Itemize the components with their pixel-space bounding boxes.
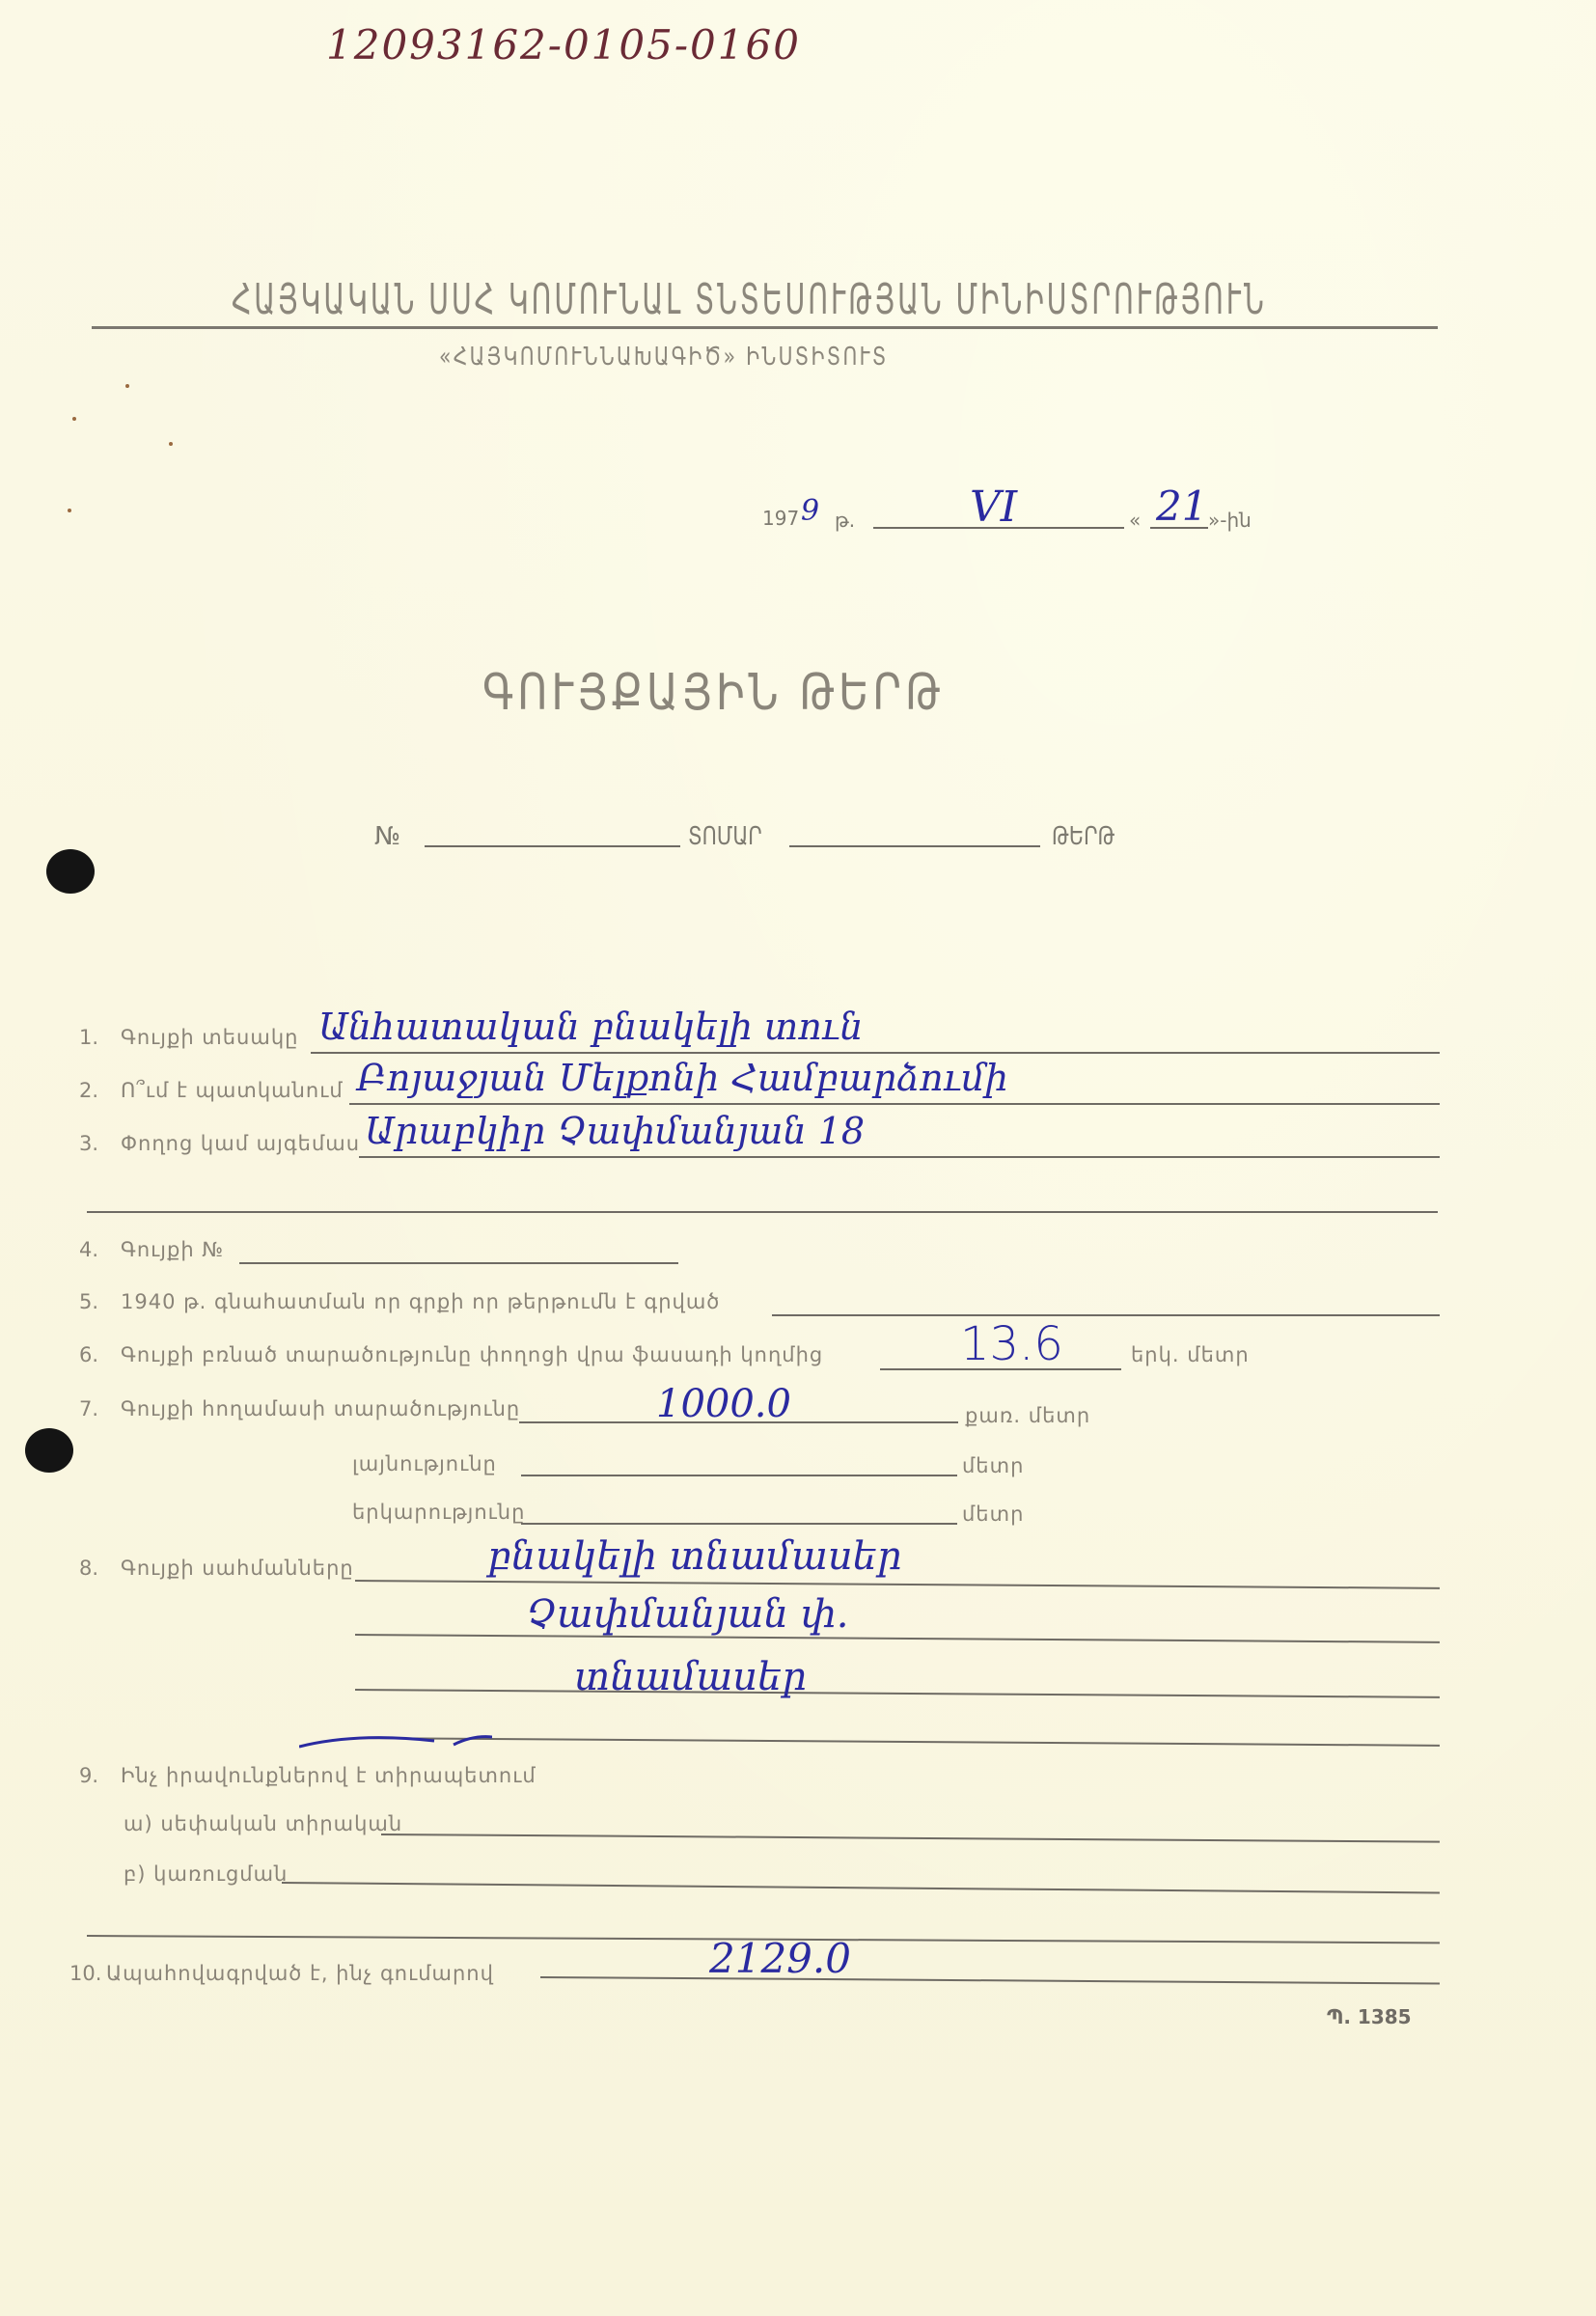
field-label: 1940 թ. գնահատման որ գրքի որ թերթումն է …	[121, 1290, 720, 1313]
field-label: Ինչ իրավունքներով է տիրապետում	[121, 1764, 537, 1787]
field-label: Գույքի սահմանները	[121, 1557, 354, 1580]
field-label: ա) սեփական տիրական	[124, 1812, 402, 1835]
field-label: Ո՞ւմ է պատկանում	[121, 1079, 344, 1102]
field-label: Գույքի տեսակը	[121, 1026, 298, 1049]
archive-reference: 12093162-0105-0160	[326, 21, 801, 69]
paper-speck	[169, 442, 173, 446]
width-field[interactable]	[521, 1475, 957, 1476]
field-label: բ) կառուցման	[124, 1862, 288, 1886]
field-label: լայնությունը	[352, 1452, 497, 1475]
number-label: №	[374, 822, 400, 851]
length-unit: մետր	[962, 1503, 1024, 1526]
property-number-field[interactable]	[239, 1262, 678, 1264]
number-field[interactable]	[425, 845, 680, 847]
header-rule	[92, 326, 1438, 329]
frontage-value: 13.6	[960, 1317, 1063, 1371]
boundaries-value-line-1: բնակելի տնամասեր	[487, 1534, 902, 1579]
day-suffix: »-ին	[1208, 509, 1252, 532]
field-label: երկարությունը	[352, 1501, 525, 1524]
paper-speck	[72, 417, 76, 421]
width-unit: մետր	[962, 1454, 1024, 1477]
day-open-quote: «	[1129, 509, 1141, 532]
day-value: 21	[1156, 482, 1207, 530]
institute-heading: «ՀԱՅԿՈՄՈՒՆՆԱԽԱԳԻԾ» ԻՆՍՏԻՏՈՒՏ	[439, 343, 889, 372]
boundaries-value-line-2: Չափմանյան փ.	[526, 1592, 849, 1637]
valuation-field[interactable]	[772, 1314, 1440, 1316]
printer-code: Պ. 1385	[1327, 2005, 1412, 2028]
year-prefix: 197	[762, 507, 799, 530]
field-label: Գույքի հողամասի տարածությունը	[121, 1397, 520, 1420]
volume-label: ՏՈՄԱՐ	[688, 822, 762, 851]
paper-speck	[68, 509, 71, 512]
field-label: Գույքի №	[121, 1238, 224, 1261]
property-type-value: Անհատական բնակելի տուն	[318, 1006, 863, 1048]
length-field[interactable]	[521, 1523, 957, 1525]
punch-hole-bottom	[25, 1428, 73, 1473]
punch-hole-top	[46, 849, 95, 894]
underline-flourish	[299, 1727, 492, 1756]
field-label: Փողոց կամ այգեմաս	[121, 1132, 360, 1155]
property-type-field[interactable]	[311, 1052, 1440, 1054]
sheet-label: ԹԵՐԹ	[1052, 822, 1114, 851]
owner-field[interactable]	[349, 1103, 1440, 1105]
owner-value: Բոյաջյան Մելքոնի Համբարձումի	[357, 1057, 1008, 1099]
land-area-value: 1000.0	[656, 1382, 791, 1426]
ministry-heading: ՀԱՅԿԱԿԱՆ ՍՍՀ ԿՈՄՈՒՆԱԼ ՏՆՏԵՍՈՒԹՅԱՆ ՄԻՆԻՍՏ…	[232, 275, 1267, 324]
street-field-continuation[interactable]	[87, 1211, 1438, 1213]
month-value: VI	[970, 482, 1017, 532]
street-value: Արաբկիր Չափմանյան 18	[365, 1110, 865, 1152]
form-title: ԳՈՒՅՔԱՅԻՆ ԹԵՐԹ	[482, 664, 945, 722]
field-label: Գույքի բռնած տարածությունը փողոցի վրա ֆա…	[121, 1343, 823, 1366]
field-label: Ապահովագրված է, ինչ գումարով	[106, 1962, 494, 1985]
land-area-unit: քառ. մետր	[965, 1404, 1090, 1427]
year-digit: 9	[801, 494, 819, 528]
paper-speck	[125, 384, 129, 388]
street-field[interactable]	[359, 1156, 1440, 1158]
year-suffix: թ.	[835, 509, 855, 532]
boundaries-value-line-3: տնամասեր	[574, 1655, 807, 1699]
frontage-unit: երկ. մետր	[1131, 1343, 1250, 1366]
volume-field[interactable]	[789, 845, 1040, 847]
insurance-value: 2129.0	[709, 1935, 851, 1982]
